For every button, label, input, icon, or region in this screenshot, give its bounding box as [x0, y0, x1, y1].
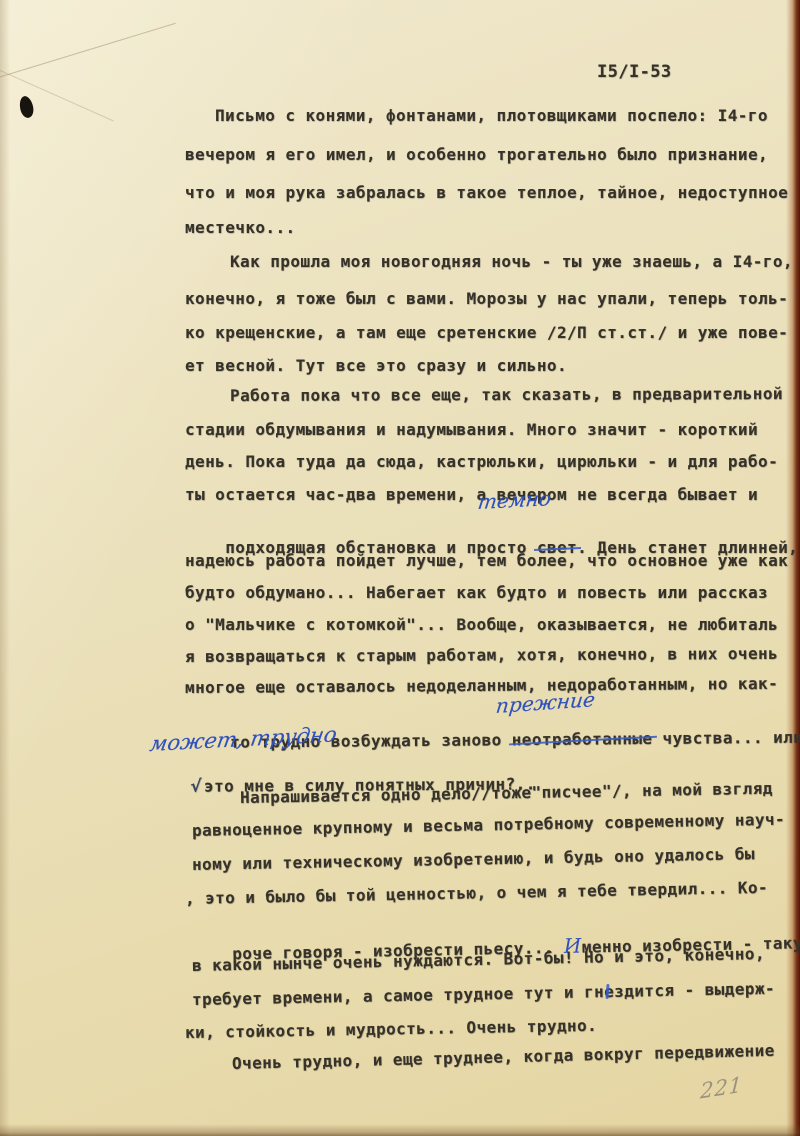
date-heading: I5/I-53: [597, 62, 672, 82]
typed-line: что и моя рука забралась в такое теплое,…: [185, 183, 788, 202]
typed-line: ко крещенские, а там еще сретенские /2/П…: [185, 323, 788, 342]
typed-line: ты остается час-два времени, а вечером н…: [185, 485, 758, 504]
typed-line: требует времени, а самое трудное тут и г…: [192, 979, 775, 1009]
typed-line: местечко...: [185, 218, 296, 237]
paper-crease: [0, 23, 176, 82]
paper-crease: [0, 60, 114, 122]
ink-blot: [18, 95, 35, 119]
typed-line: конечно, я тоже был с вами. Морозы у нас…: [185, 289, 788, 308]
typed-line: Письмо с конями, фонтанами, плотовщиками…: [215, 106, 768, 125]
insertion-checkmark: √: [190, 777, 202, 797]
typed-line: о "Мальчике с котомкой"... Вообще, оказы…: [185, 615, 778, 634]
typed-line: стадии обдумывания и надумывания. Много …: [185, 420, 758, 439]
typed-line: я возвращаться к старым работам, хотя, к…: [185, 644, 778, 666]
typed-line: многое еще оставалось недоделанным, недо…: [185, 674, 778, 697]
pencil-page-number: 221: [700, 1072, 744, 1103]
typed-segment: чувства... или: [652, 728, 800, 748]
typed-line: вечером я его имел, и особенно трогатель…: [185, 145, 768, 164]
typed-line: Как прошла моя новогодняя ночь - ты уже …: [230, 252, 793, 271]
typed-line: , это и было бы той ценностью, о чем я т…: [185, 878, 768, 908]
typed-line: ет весной. Тут все это сразу и сильно.: [185, 356, 567, 375]
struck-word: неотработанные: [512, 729, 653, 749]
typed-line: ки, стойкость и мудрость... Очень трудно…: [185, 1016, 597, 1042]
paper-left-edge: [0, 0, 10, 1136]
typed-line: Очень трудно, и еще труднее, когда вокру…: [232, 1041, 775, 1073]
handwritten-correction: темно: [477, 486, 553, 514]
scanned-letter-page: I5/I-53 Письмо с конями, фонтанами, плот…: [0, 0, 800, 1136]
typed-line: день. Пока туда да сюда, кастрюльки, цир…: [185, 452, 778, 471]
typed-line: надеюсь работа пойдет лучше, тем более, …: [185, 551, 788, 570]
typed-line: будто обдумано... Набегает как будто и п…: [185, 583, 768, 602]
typed-line: ному или техническому изобретению, и буд…: [192, 844, 755, 874]
typed-line: Работа пока что все еще, так сказать, в …: [230, 384, 783, 405]
paper-bottom-edge: [0, 1124, 800, 1136]
